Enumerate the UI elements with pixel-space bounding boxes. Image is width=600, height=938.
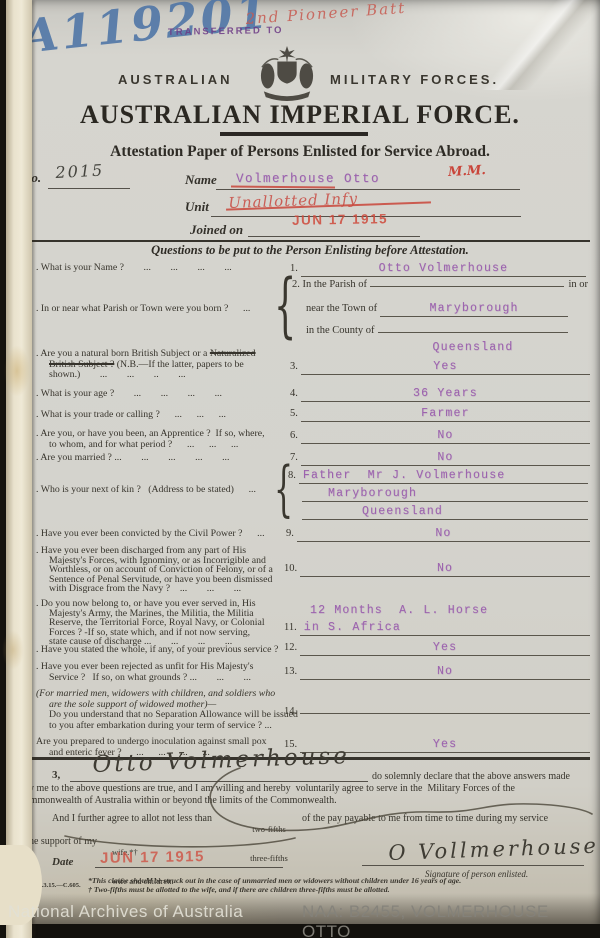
paper-stain (4, 345, 30, 397)
answer-row-2-town: near the Town of Maryborough (306, 302, 568, 317)
question-4-text: . What is your age ? ... ... ... ... (36, 389, 294, 400)
question-6-text: . Are you, or have you been, an Apprenti… (36, 429, 294, 450)
answer-value: Farmer (301, 407, 590, 422)
answer-row-10: 10. No (284, 562, 590, 577)
parish-value (370, 285, 565, 287)
name-field-line (216, 189, 520, 190)
title-divider (220, 132, 368, 136)
torn-paper-edge (6, 0, 32, 938)
answer-row-2-parish: 2. In the Parish of in or (292, 279, 588, 290)
answer-value: No (301, 429, 590, 444)
answer-number: 8. (288, 470, 296, 481)
answer-row-9: 9. No (286, 527, 590, 542)
answer-number: 10. (284, 563, 297, 574)
answer-number: 3. (290, 361, 298, 372)
org-name-left: AUSTRALIAN (118, 72, 233, 87)
joined-field-line (248, 236, 420, 237)
name-field-label: Name (185, 172, 217, 188)
answer-row-4: 4. 36 Years (290, 387, 590, 402)
answer-value: 36 Years (301, 387, 590, 402)
answer-number: 9. (286, 528, 294, 539)
footnote-asterisk: *This clause should be struck out in the… (88, 876, 461, 885)
answer-value: No (297, 527, 590, 542)
paper-stain (2, 630, 24, 670)
answer-value: in S. Africa (300, 621, 590, 636)
next-of-kin-state: Queensland (302, 505, 588, 520)
town-label: near the Town of (306, 303, 377, 314)
answer-row-6: 6. No (290, 429, 590, 444)
archive-reference-watermark: NAA: B2455, VOLMERHOUSE OTTO (302, 902, 600, 938)
answer-number: 5. (290, 408, 298, 419)
struck-text: Naturalized (210, 348, 256, 359)
county-label: in the County of (306, 325, 375, 336)
answer-value: No (300, 665, 590, 680)
question-10-text: . Have you ever been discharged from any… (36, 546, 294, 594)
section-divider-top (30, 240, 590, 242)
answer-value: Otto Volmerhouse (301, 262, 586, 277)
answer-number: 13. (284, 666, 297, 677)
unit-date-stamp: JUN 17 1915 (292, 211, 388, 228)
next-of-kin-town: Maryborough (302, 487, 588, 502)
military-medal-annotation: M.M. (448, 163, 487, 180)
parish-label: 2. In the Parish of (292, 279, 367, 290)
county-line (378, 331, 568, 333)
transferred-to-stamp: TRANSFERRED TO (168, 25, 284, 38)
question-9-text: . Have you ever been convicted by the Ci… (36, 529, 294, 540)
answer-row-11: 11. in S. Africa (284, 621, 590, 636)
answer-number: 14. (284, 706, 297, 717)
answer-value: Yes (301, 360, 590, 375)
question-2-text: . In or near what Parish or Town were yo… (36, 304, 294, 315)
answer-number: 4. (290, 388, 298, 399)
questions-heading: Questions to be put to the Person Enlist… (30, 243, 590, 258)
number-field-value-handwritten: 2015 (55, 160, 105, 182)
answer-row-7: 7. No (290, 451, 590, 466)
org-name-right: MILITARY FORCES. (330, 72, 499, 87)
answer-value: Yes (300, 641, 590, 656)
answer-number: 11. (284, 622, 297, 633)
question-5-text: . What is your trade or calling ? ... ..… (36, 410, 294, 421)
answer-11-line1-typed: 12 Months A. L. Horse (310, 604, 488, 617)
answer-row-8-line1: 8. Father Mr J. Volmerhouse (288, 469, 588, 484)
answer-row-8-line2: Maryborough (302, 487, 588, 502)
answer-value-empty (300, 712, 590, 714)
county-value-typed: Queensland (398, 341, 548, 354)
parish-suffix: in or (568, 279, 588, 290)
question-12-text: . Have you stated the whole, if any, of … (36, 645, 294, 656)
answer-number: 6. (290, 430, 298, 441)
answer-row-13: 13. No (284, 665, 590, 680)
archives-watermark: National Archives of Australia (8, 902, 243, 922)
number-field-line (48, 188, 130, 189)
name-field-value-typed: Volmerhouse Otto (236, 172, 380, 186)
answer-row-8-line3: Queensland (302, 505, 588, 520)
struck-text: British Subject ? (49, 359, 114, 370)
answer-row-12: 12. Yes (284, 641, 590, 656)
town-value: Maryborough (380, 302, 568, 317)
joined-field-label: Joined on (190, 222, 243, 238)
unit-field-label: Unit (185, 199, 209, 215)
attestation-paper-scan: A119201 TRANSFERRED TO 2nd Pioneer Batt … (0, 0, 600, 938)
form-subtitle: Attestation Paper of Persons Enlisted fo… (0, 143, 600, 161)
question-11-text: . Do you now belong to, or have you ever… (36, 599, 294, 647)
next-of-kin-value: Father Mr J. Volmerhouse (299, 469, 588, 484)
question-13-text: . Have you ever been rejected as unfit f… (36, 662, 294, 683)
answer-number: 12. (284, 642, 297, 653)
question-3-text: . Are you a natural born British Subject… (36, 349, 294, 381)
answer-row-1: 1. Otto Volmerhouse (290, 262, 586, 277)
question-1-text: . What is your Name ? ... ... ... ... (36, 263, 294, 274)
question-7-text: . Are you married ? ... ... ... ... ... (36, 453, 294, 464)
coat-of-arms-icon (258, 46, 316, 107)
question-14-text: (For married men, widowers with children… (36, 689, 294, 731)
question-8-text: . Who is your next of kin ? (Address to … (36, 485, 294, 496)
answer-row-14: 14. (284, 706, 590, 717)
answer-row-3: 3. Yes (290, 360, 590, 375)
answer-value: No (300, 562, 590, 577)
answer-value: No (301, 451, 590, 466)
form-title: AUSTRALIAN IMPERIAL FORCE. (0, 100, 600, 130)
answer-row-2-county: in the County of (306, 325, 568, 336)
answer-row-5: 5. Farmer (290, 407, 590, 422)
